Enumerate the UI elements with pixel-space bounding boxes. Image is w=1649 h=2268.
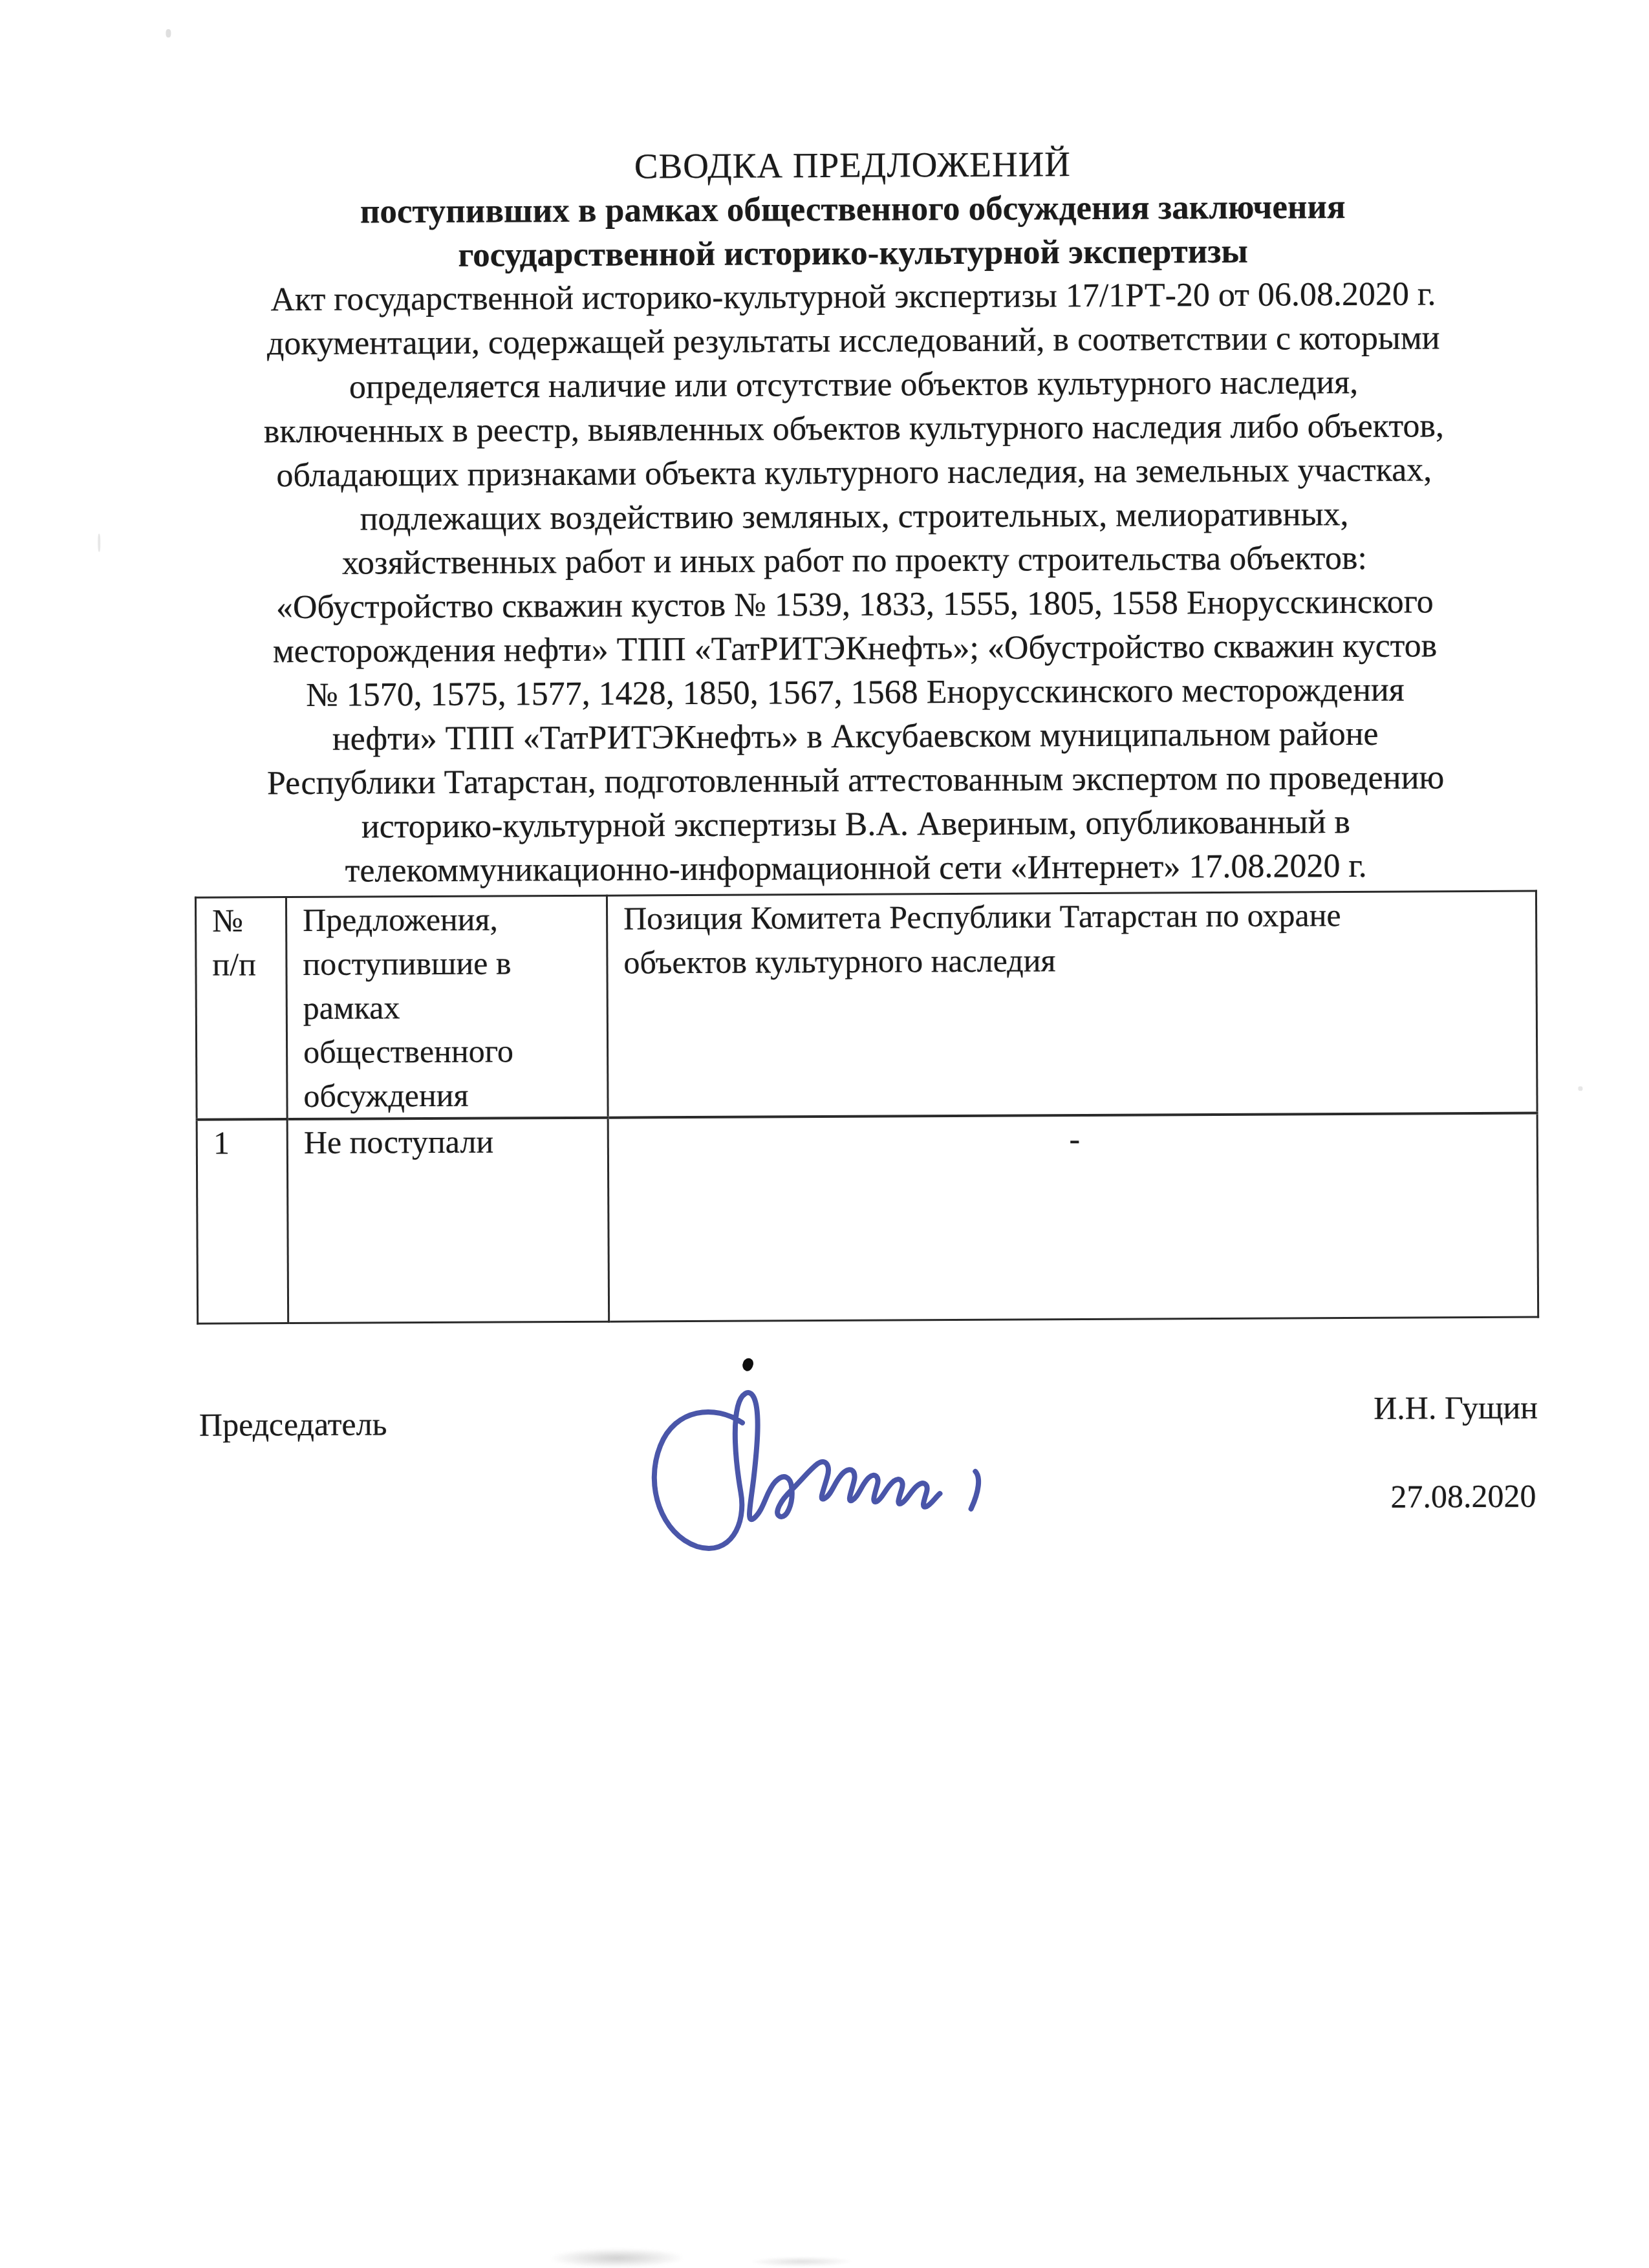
row-position-cell: - (608, 1113, 1538, 1322)
body-line: подлежащих воздействию земляных, строите… (188, 492, 1520, 542)
signature-date: 27.08.2020 (1390, 1474, 1536, 1519)
table-header-num: № п/п (195, 897, 287, 1120)
subtitle-line-2: государственной историко-культурной эксп… (187, 228, 1519, 279)
table-header-position: Позиция Комитета Республики Татарстан по… (607, 891, 1537, 1118)
body-line: историко-культурной экспертизы В.А. Авер… (189, 800, 1522, 850)
row-proposals-cell: Не поступали (287, 1118, 609, 1323)
body-line: обладающих признаками объекта культурног… (188, 448, 1520, 498)
scan-speck (166, 29, 171, 37)
body-line: «Обустройство скважин кустов № 1539, 183… (189, 580, 1521, 630)
signer-role-label: Председатель (199, 1402, 387, 1446)
signer-name: И.Н. Гущин (1374, 1385, 1538, 1430)
body-line: телекоммуникационно-информационной сети … (190, 844, 1522, 894)
handwritten-signature (632, 1347, 1008, 1563)
table-header-proposals: Предложения, поступившие в рамках общест… (286, 895, 608, 1119)
scan-smudge (549, 2248, 685, 2268)
scan-speck (1578, 1086, 1582, 1091)
body-line: нефти» ТПП «ТатРИТЭКнефть» в Аксубаевско… (189, 712, 1522, 762)
body-line: включенных в реестр, выявленных объектов… (188, 404, 1520, 455)
body-line: определяется наличие или отсутствие объе… (188, 360, 1520, 411)
proposals-table: № п/п Предложения, поступившие в рамках … (195, 890, 1539, 1325)
scan-content: СВОДКА ПРЕДЛОЖЕНИЙ поступивших в рамках … (0, 0, 1649, 2268)
body-line: Республики Татарстан, подготовленный атт… (189, 756, 1522, 806)
table-header-proposals-text: Предложения, поступившие в рамках общест… (303, 897, 595, 1118)
table-header-position-text: Позиция Комитета Республики Татарстан по… (623, 892, 1452, 984)
body-line: месторождения нефти» ТПП «ТатРИТЭКнефть»… (189, 624, 1521, 674)
row-number-cell: 1 (197, 1119, 288, 1323)
table-header-row: № п/п Предложения, поступившие в рамках … (195, 891, 1537, 1120)
document-page: СВОДКА ПРЕДЛОЖЕНИЙ поступивших в рамках … (0, 0, 1649, 2268)
scan-speck (98, 533, 100, 551)
subtitle-line-1: поступивших в рамках общественного обсуж… (187, 184, 1519, 235)
body-line: хозяйственных работ и иных работ по прое… (188, 536, 1520, 586)
scan-smudge (749, 2256, 853, 2267)
body-line: № 1570, 1575, 1577, 1428, 1850, 1567, 15… (189, 668, 1521, 718)
body-line: Акт государственной историко-культурной … (187, 272, 1519, 323)
document-heading-block: СВОДКА ПРЕДЛОЖЕНИЙ поступивших в рамках … (186, 140, 1522, 894)
table-row: 1 Не поступали - (197, 1113, 1538, 1324)
document-title: СВОДКА ПРЕДЛОЖЕНИЙ (186, 140, 1518, 191)
body-line: документации, содержащей результаты иссл… (188, 316, 1520, 367)
